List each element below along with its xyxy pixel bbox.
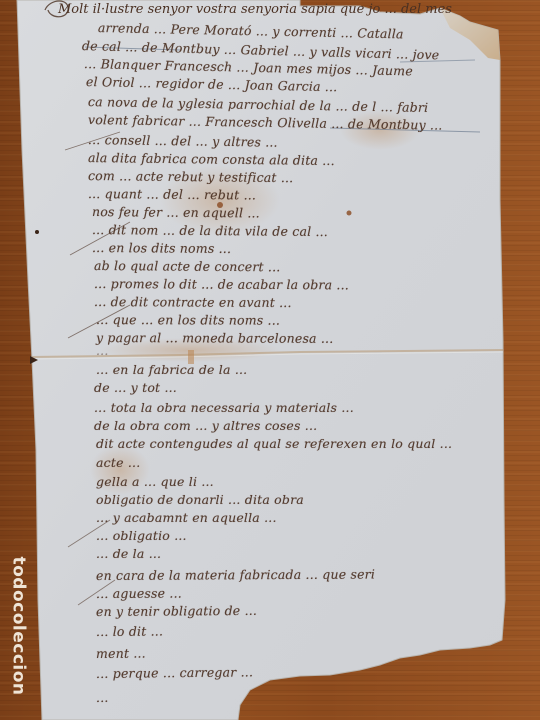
todocoleccion-watermark: todocoleccion: [6, 543, 32, 708]
watermark-text: todocoleccion: [9, 556, 29, 695]
manuscript-line: en y tenir obligatio de ...: [96, 603, 257, 619]
manuscript-line: obligatio de donarli ... dita obra: [96, 492, 304, 507]
manuscript-line: dit acte contengudes al qual se referexe…: [96, 436, 452, 451]
manuscript-line: en cara de la materia fabricada ... que …: [96, 567, 375, 583]
manuscript-line: ab lo qual acte de concert ...: [94, 258, 281, 274]
opening-salutation: Molt il·lustre senyor vostra senyoria sa…: [58, 2, 452, 17]
manuscript-line: ... perque ... carregar ...: [96, 664, 253, 681]
manuscript-line: y pagar al ... moneda barcelonesa ...: [96, 330, 333, 346]
manuscript-line: gella a ... que li ...: [96, 474, 214, 489]
manuscript-line: ... promes lo dit ... de acabar la obra …: [94, 276, 349, 292]
manuscript-line: com ... acte rebut y testificat ...: [88, 168, 294, 185]
manuscript-line: ... en la fabrica de la ...: [96, 362, 247, 377]
manuscript-line: ... consell ... del ... y altres ...: [88, 132, 278, 150]
manuscript-line: ... quant ... del ... rebut ...: [88, 186, 256, 202]
manuscript-line: ... y acabamnt en aquella ...: [96, 510, 277, 525]
manuscript-line: ... tota la obra necessaria y materials …: [94, 400, 354, 415]
manuscript-line: de la obra com ... y altres coses ...: [94, 418, 317, 433]
manuscript-line: ment ...: [96, 646, 146, 661]
manuscript-line: ... de la ...: [96, 546, 161, 561]
manuscript-line: ... aguesse ...: [96, 586, 182, 601]
manuscript-line: acte ...: [96, 455, 140, 470]
manuscript-line: ... en los dits noms ...: [92, 240, 231, 256]
manuscript-line: ... obligatio ...: [96, 528, 187, 543]
manuscript-line: ... dit nom ... de la dita vila de cal .…: [92, 222, 328, 239]
manuscript-line: de ... y tot ...: [94, 380, 177, 395]
manuscript-line: ... que ... en los dits noms ...: [96, 312, 280, 328]
manuscript-line: ... lo dit ...: [96, 624, 163, 639]
manuscript-line: nos feu fer ... en aquell ...: [92, 204, 260, 220]
manuscript-line: ala dita fabrica com consta ala dita ...: [88, 150, 335, 168]
manuscript-line: ... de dit contracte en avant ...: [94, 294, 292, 310]
manuscript-line-faded: ...: [96, 343, 109, 358]
manuscript-line: ...: [96, 690, 109, 705]
